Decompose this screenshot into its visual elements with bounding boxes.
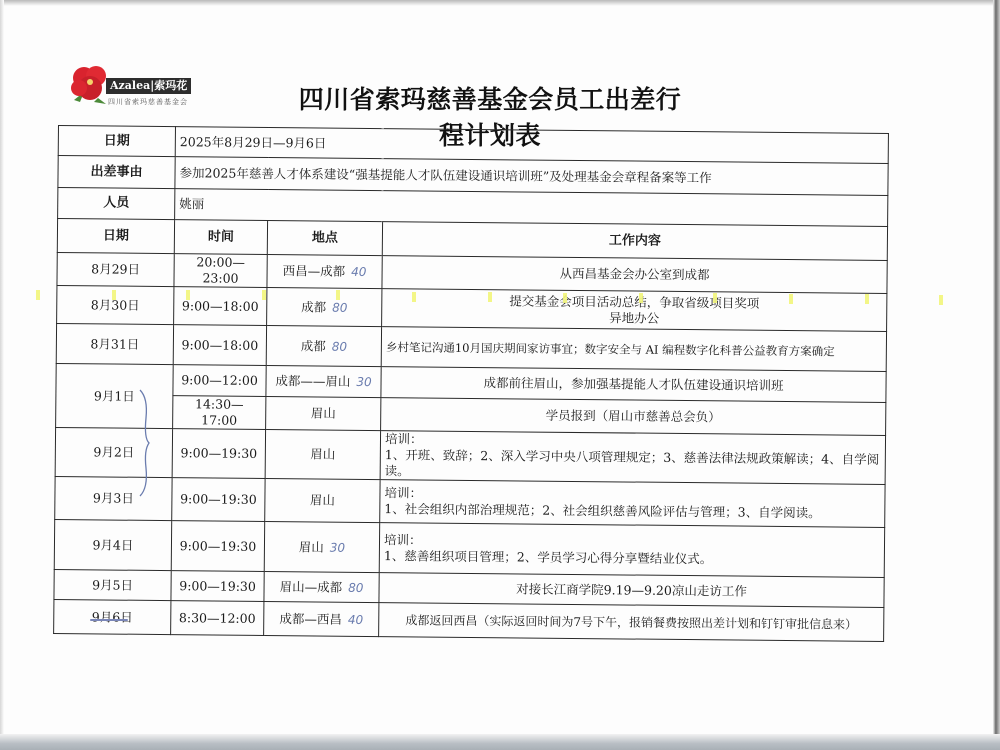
row-content: 乡村笔记沟通10月国庆期间家访事宜；数字安全与 AI 编程数字化科普公益教育方案… bbox=[381, 327, 886, 372]
header-time: 时间 bbox=[174, 220, 267, 255]
row-content: 1、社会组织内部治理规范；2、社会组织慈善风险评估与管理；3、自学阅读。 bbox=[384, 501, 880, 522]
highlighter-mark bbox=[488, 292, 492, 302]
row-date: 9月2日 bbox=[55, 427, 172, 477]
highlighter-mark bbox=[36, 290, 40, 300]
row-content-line2: 异地办公 bbox=[386, 308, 882, 329]
logo-band: Azalea|索玛花 bbox=[106, 78, 191, 94]
row-time: 20:00—23:00 bbox=[174, 254, 267, 288]
row-place: 成都 bbox=[301, 338, 326, 354]
row-date: 8月31日 bbox=[56, 323, 173, 364]
table-row: 9月4日 9:00—19:30 眉山30 培训： 1、慈善组织项目管理；2、学员… bbox=[54, 519, 884, 577]
highlighter-mark bbox=[639, 293, 643, 303]
table-row: 9月2日 9:00—19:30 眉山 培训： 1、开班、致辞；2、深入学习中央八… bbox=[55, 427, 885, 484]
row-place: 眉山 bbox=[299, 539, 324, 555]
highlighter-mark bbox=[563, 293, 567, 303]
handwritten-note: 80 bbox=[332, 338, 347, 354]
scan-edge-top bbox=[0, 0, 1000, 6]
highlighter-mark bbox=[865, 294, 869, 304]
row-content-cell: 培训： 1、社会组织内部治理规范；2、社会组织慈善风险评估与管理；3、自学阅读。 bbox=[380, 480, 885, 528]
logo-subtitle: 四川省索玛慈善基金会 bbox=[108, 97, 188, 107]
handwritten-note: 30 bbox=[356, 374, 371, 390]
itinerary-sheet: 日期 2025年8月29日—9月6日 出差事由 参加2025年慈善人才体系建设“… bbox=[53, 125, 888, 638]
row-content: 1、慈善组织项目管理；2、学员学习心得分享暨结业仪式。 bbox=[384, 548, 880, 569]
header-date: 日期 bbox=[57, 219, 174, 254]
row-content: 1、开班、致辞；2、深入学习中央八项管理规定；3、慈善法律法规政策解读；4、自学… bbox=[385, 447, 881, 484]
highlighter-mark bbox=[939, 295, 943, 305]
reason-label: 出差事由 bbox=[58, 156, 175, 189]
row-date: 9月5日 bbox=[54, 569, 171, 600]
row-time: 9:00—12:00 bbox=[173, 365, 266, 397]
highlighter-mark bbox=[112, 290, 116, 300]
row-place: 眉山 bbox=[266, 397, 381, 431]
highlighter-mark bbox=[262, 290, 266, 300]
row-place-cell: 成都80 bbox=[266, 326, 381, 367]
row-content-cell: 提交基金会项目活动总结，争取省级项目奖项 异地办公 bbox=[382, 289, 887, 332]
highlighter-mark bbox=[412, 292, 416, 302]
row-content: 成都前往眉山，参加强基提能人才队伍建设通识培训班 bbox=[381, 367, 886, 403]
row-content: 成都返回西昌（实际返回时间为7号下午，报销餐费按照出差计划和钉钉审批信息来） bbox=[379, 603, 884, 642]
scan-edge-right bbox=[993, 0, 1000, 750]
row-date: 9月6日 bbox=[54, 599, 171, 634]
staff-label: 人员 bbox=[58, 188, 175, 220]
row-place-cell: 成都——眉山30 bbox=[266, 366, 381, 398]
row-place: 成都 bbox=[301, 299, 326, 315]
itinerary-table: 日期 2025年8月29日—9月6日 出差事由 参加2025年慈善人才体系建设“… bbox=[53, 125, 889, 642]
row-content-cell: 培训： 1、慈善组织项目管理；2、学员学习心得分享暨结业仪式。 bbox=[379, 523, 884, 578]
logo-brand-en: Azalea bbox=[110, 79, 150, 92]
row-time: 14:30—17:00 bbox=[173, 396, 266, 430]
row-time: 9:00—19:30 bbox=[171, 571, 264, 602]
highlighter-mark bbox=[713, 293, 717, 303]
row-content: 学员报到（眉山市慈善总会负） bbox=[381, 398, 886, 436]
row-place: 成都—西昌 bbox=[279, 611, 342, 628]
row-date: 9月1日 bbox=[56, 363, 174, 428]
header-place: 地点 bbox=[267, 221, 382, 256]
highlighter-mark bbox=[186, 290, 190, 300]
handwritten-note: 40 bbox=[348, 611, 363, 627]
row-time: 8:30—12:00 bbox=[171, 601, 264, 636]
row-place: 眉山—成都 bbox=[280, 579, 343, 596]
row-time: 9:00—18:00 bbox=[173, 325, 266, 366]
highlighter-mark bbox=[789, 294, 793, 304]
table-row: 9月6日 8:30—12:00 成都—西昌40 成都返回西昌（实际返回时间为7号… bbox=[54, 599, 884, 641]
row-time: 9:00—19:30 bbox=[171, 521, 264, 572]
scan-edge-left bbox=[0, 0, 4, 750]
row-content: 从西昌基金会办公室到成都 bbox=[382, 256, 887, 294]
row-place: 眉山 bbox=[265, 430, 380, 480]
scan-edge-bottom bbox=[0, 734, 1000, 750]
handwritten-brace-mark bbox=[138, 388, 152, 498]
row-place-cell: 成都—西昌40 bbox=[264, 601, 379, 636]
row-date: 9月3日 bbox=[55, 476, 172, 520]
row-place-cell: 眉山30 bbox=[264, 522, 379, 573]
handwritten-note: 30 bbox=[330, 539, 345, 555]
row-place: 眉山 bbox=[265, 479, 380, 523]
row-content-cell: 培训： 1、开班、致辞；2、深入学习中央八项管理规定；3、慈善法律法规政策解读；… bbox=[380, 431, 885, 485]
row-place: 成都——眉山 bbox=[275, 373, 350, 390]
row-time: 9:00—19:30 bbox=[172, 429, 265, 479]
handwritten-note: 40 bbox=[351, 264, 366, 280]
row-date: 8月29日 bbox=[57, 252, 174, 286]
row-place-cell: 眉山—成都80 bbox=[264, 572, 379, 603]
row-content: 对接长江商学院9.19—9.20凉山走访工作 bbox=[379, 573, 884, 608]
header-content: 工作内容 bbox=[382, 222, 887, 261]
row-place-cell: 成都80 bbox=[267, 288, 382, 327]
row-date: 9月4日 bbox=[54, 519, 171, 570]
logo-brand-cn: 索玛花 bbox=[154, 79, 187, 92]
handwritten-underline-mark bbox=[90, 619, 128, 621]
row-time: 9:00—19:30 bbox=[172, 478, 265, 522]
date-label: 日期 bbox=[58, 126, 175, 157]
handwritten-note: 80 bbox=[348, 579, 363, 595]
row-place-cell: 西昌—成都40 bbox=[267, 255, 382, 289]
foundation-logo: Azalea|索玛花 四川省索玛慈善基金会 bbox=[68, 62, 198, 110]
highlighter-mark bbox=[336, 290, 340, 300]
handwritten-note: 80 bbox=[332, 299, 347, 315]
row-place: 西昌—成都 bbox=[283, 263, 346, 280]
